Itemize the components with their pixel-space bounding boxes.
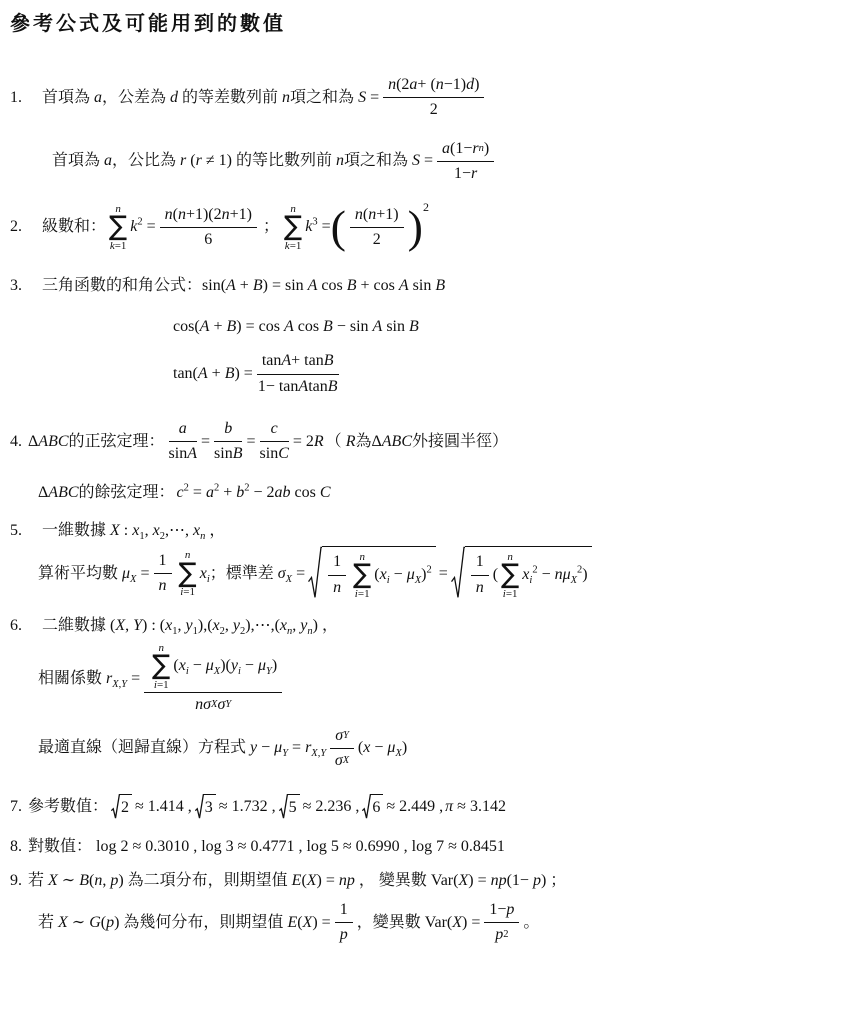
fraction: tan A + tan B 1− tan A tan B [257, 350, 339, 398]
square-root: 1 n ( n ∑ i=1 xi2 − nμX2) [451, 546, 592, 601]
item-number: 6. [10, 615, 42, 637]
summation: n ∑ i=1 [501, 551, 519, 601]
summation-lower-limit: i=1 [355, 588, 370, 601]
fraction-denominator: n [328, 576, 346, 599]
fraction-denominator: p2 [484, 923, 519, 946]
radical-sign-icon [111, 794, 120, 820]
fraction: n ∑ i=1 (xi − μX)(yi − μY) nσXσY [144, 642, 282, 717]
square-root: 1 n n ∑ i=1 (xi − μX)2 [308, 546, 436, 601]
math-text: 首項為 a，公差為 d 的等差數列前 n項之和為 S = [42, 87, 379, 109]
fraction-numerator: 1 [335, 899, 353, 923]
formula-item-9-line-2: 若 X ∼ G(p) 為幾何分布，則期望值 E(X) = 1 p ，變異數 Va… [10, 897, 848, 949]
fraction: b sin B [214, 418, 242, 466]
math-text: tan(A + B) = [173, 363, 253, 385]
formula-item-3-line-2: cos(A + B) = cos A cos B − sin A sin B [10, 316, 848, 338]
fraction-numerator: n ∑ i=1 (xi − μX)(yi − μY) [144, 642, 282, 694]
fraction: 1 p [335, 899, 353, 947]
math-text: ≈ 1.732 , [219, 796, 276, 818]
formula-item-6-line-1: 6. 二維數據 (X, Y) : (x1, y1),(x2, y2),⋯,(xn… [10, 615, 848, 637]
formula-item-2: 2. 級數和： n ∑ k=1 k2 = n(n +1)(2n +1) 6 ； … [10, 202, 848, 254]
fraction: c sin C [260, 418, 289, 466]
math-text: xi [200, 563, 210, 585]
formula-item-1-line-2: 首項為 a，公比為 r (r ≠ 1) 的等比數列前 n項之和為 S = a(1… [10, 136, 848, 188]
item-number: 5. [10, 520, 42, 542]
fraction-denominator: 1− r [437, 162, 494, 185]
math-text: 首項為 a，公比為 r (r ≠ 1) 的等比數列前 n項之和為 S = [52, 150, 433, 172]
fraction-denominator: n [154, 574, 172, 597]
fraction: 1 n [154, 550, 172, 598]
math-text: 最適直線（迴歸直線）方程式 y − μY = rX,Y [38, 737, 326, 759]
item-label: ΔABC的正弦定理： [28, 431, 165, 453]
math-text: ( [493, 564, 498, 586]
fraction: a sin A [169, 418, 197, 466]
radical-sign-icon [279, 794, 288, 820]
math-text: sin(A + B) = sin A cos B + cos A sin B [202, 275, 445, 297]
math-text: ≈ 2.449 , [386, 796, 443, 818]
fraction-denominator: nσXσY [144, 693, 282, 716]
formula-item-3-line-3: tan(A + B) = tan A + tan B 1− tan A tan … [10, 348, 848, 400]
math-text: 相關係數 rX,Y = [38, 668, 140, 690]
sigma-symbol: ∑ [109, 215, 127, 239]
fraction-denominator: sin A [169, 442, 197, 465]
math-text: ≈ 2.236 , [303, 796, 360, 818]
fraction: 1− p p2 [484, 899, 519, 947]
radicand: 3 [204, 794, 216, 820]
radical-sign-icon [451, 546, 465, 601]
math-text: = [201, 431, 210, 453]
formula-item-6-line-3: 最適直線（迴歸直線）方程式 y − μY = rX,Y σY σX (x − μ… [10, 723, 848, 775]
exponent: 2 [423, 199, 429, 216]
fraction-numerator: σY [330, 725, 354, 749]
summation: n ∑ i=1 [179, 549, 197, 599]
fraction-numerator: n(n +1) [350, 204, 404, 228]
item-number: 9. [10, 870, 28, 892]
summation-lower-limit: i=1 [503, 588, 518, 601]
fraction: n(n +1)(2n +1) 6 [160, 204, 257, 252]
summation-lower-limit: i=1 [154, 679, 169, 692]
summation: n ∑ k=1 [284, 203, 302, 253]
item-number: 7. [10, 796, 28, 818]
radical-sign-icon [195, 794, 204, 820]
square-root: 2 [111, 794, 132, 820]
radical-sign-icon [308, 546, 322, 601]
radicand: 5 [288, 794, 300, 820]
math-text: ，變異數 Var(X) = [357, 912, 481, 934]
summation: n ∑ i=1 [353, 551, 371, 601]
fraction: n(n +1) 2 [350, 204, 404, 252]
math-text: 一維數據 X : x1, x2,⋯, xn ， [42, 520, 225, 542]
math-text: = [439, 563, 448, 585]
annotation-text: （ R為ΔABC外接圓半徑） [326, 431, 508, 453]
radicand: 2 [120, 794, 132, 820]
summation-lower-limit: k=1 [285, 240, 302, 253]
summation-lower-limit: k=1 [110, 240, 127, 253]
formula-item-5-line-1: 5. 一維數據 X : x1, x2,⋯, xn ， [10, 520, 848, 542]
math-text: xi2 − nμX2) [522, 564, 587, 586]
fraction: 1 n [471, 551, 489, 599]
math-text: = [246, 431, 255, 453]
fraction: σY σX [330, 725, 354, 773]
math-text: (xi − μX)(yi − μY) [173, 655, 277, 677]
formula-item-3-line-1: 3. 三角函數的和角公式： sin(A + B) = sin A cos B +… [10, 275, 848, 297]
item-label: ΔABC的餘弦定理： [38, 482, 175, 504]
fraction-numerator: a [169, 418, 197, 442]
formula-item-5-line-2: 算術平均數 μX = 1 n n ∑ i=1 xi ；標準差 σX = 1 n … [10, 546, 848, 601]
math-text: (xi − μX)2 [374, 564, 431, 586]
fraction-numerator: tan A + tan B [257, 350, 339, 374]
fraction-numerator: b [214, 418, 242, 442]
fraction-denominator: sin C [260, 442, 289, 465]
sigma-symbol: ∑ [501, 563, 519, 587]
fraction-denominator: 2 [350, 228, 404, 251]
item-label: 參考數值： [28, 796, 108, 818]
item-label: 級數和： [42, 216, 106, 238]
math-text: 二維數據 (X, Y) : (x1, y1),(x2, y2),⋯,(xn, y… [42, 615, 338, 637]
formula-sheet: 參考公式及可能用到的數值 1. 首項為 a，公差為 d 的等差數列前 n項之和為… [0, 0, 854, 949]
fraction-numerator: 1 [154, 550, 172, 574]
formula-item-6-line-2: 相關係數 rX,Y = n ∑ i=1 (xi − μX)(yi − μY) n… [10, 640, 848, 719]
math-text: ≈ 1.414 , [135, 796, 192, 818]
item-number: 4. [10, 431, 28, 453]
math-text: k2 = [130, 216, 155, 238]
fraction-denominator: n [471, 576, 489, 599]
fraction-denominator: 1− tan A tan B [257, 375, 339, 398]
fraction-numerator: 1− p [484, 899, 519, 923]
radicand: 1 n n ∑ i=1 (xi − μX)2 [322, 546, 436, 601]
fraction: a(1− rn) 1− r [437, 138, 494, 186]
separator: ； [263, 216, 279, 238]
fraction-numerator: n(2a + (n −1)d) [383, 74, 484, 98]
formula-item-8: 8. 對數值： log 2 ≈ 0.3010 , log 3 ≈ 0.4771 … [10, 836, 848, 858]
fraction-denominator: 6 [160, 228, 257, 251]
item-number: 3. [10, 275, 42, 297]
fraction-numerator: 1 [328, 551, 346, 575]
sigma-symbol: ∑ [284, 215, 302, 239]
square-root: 3 [195, 794, 216, 820]
fraction-denominator: sin B [214, 442, 242, 465]
square-root: 6 [362, 794, 383, 820]
fraction-numerator: 1 [471, 551, 489, 575]
item-number: 2. [10, 216, 42, 238]
math-text: 對數值： log 2 ≈ 0.3010 , log 3 ≈ 0.4771 , l… [28, 836, 505, 858]
summation: n ∑ i=1 [152, 642, 170, 692]
summation-lower-limit: i=1 [180, 586, 195, 599]
math-text: 若 X ∼ B(n, p) 為二項分布，則期望值 E(X) = np ， 變異數… [28, 870, 566, 892]
radical-sign-icon [362, 794, 371, 820]
math-text: ；標準差 σX = [210, 563, 305, 585]
math-text: = 2R [293, 431, 324, 453]
fraction-numerator: n(n +1)(2n +1) [160, 204, 257, 228]
item-number: 1. [10, 87, 42, 109]
sigma-symbol: ∑ [152, 654, 170, 678]
math-text: 若 X ∼ G(p) 為幾何分布，則期望值 E(X) = [38, 912, 331, 934]
fraction-numerator: c [260, 418, 289, 442]
radicand: 1 n ( n ∑ i=1 xi2 − nμX2) [465, 546, 592, 601]
fraction-denominator: σX [330, 749, 354, 772]
formula-item-7: 7. 參考數值： 2 ≈ 1.414 , 3 ≈ 1.732 , 5 ≈ 2.2… [10, 794, 848, 820]
formula-item-1-line-1: 1. 首項為 a，公差為 d 的等差數列前 n項之和為 S = n(2a + (… [10, 72, 848, 124]
math-text: 。 [523, 912, 539, 934]
formula-item-4-line-1: 4. ΔABC的正弦定理： a sin A = b sin B = c sin … [10, 416, 848, 468]
page-title: 參考公式及可能用到的數值 [10, 10, 848, 38]
formula-item-4-line-2: ΔABC的餘弦定理： c2 = a2 + b2 − 2ab cos C [10, 482, 848, 504]
fraction-denominator: 2 [383, 98, 484, 121]
math-text: 算術平均數 μX = [38, 563, 150, 585]
radicand: 6 [371, 794, 383, 820]
math-text: k3 = [305, 216, 330, 238]
math-text: cos(A + B) = cos A cos B − sin A sin B [173, 316, 419, 338]
sigma-symbol: ∑ [353, 563, 371, 587]
square-root: 5 [279, 794, 300, 820]
sigma-symbol: ∑ [179, 562, 197, 586]
formula-item-9-line-1: 9. 若 X ∼ B(n, p) 為二項分布，則期望值 E(X) = np ， … [10, 870, 848, 892]
math-text: c2 = a2 + b2 − 2ab cos C [177, 482, 331, 504]
math-text: π ≈ 3.142 [445, 796, 506, 818]
item-label: 三角函數的和角公式： [42, 275, 202, 297]
fraction: n(2a + (n −1)d) 2 [383, 74, 484, 122]
math-text: (x − μX) [358, 737, 407, 759]
item-number: 8. [10, 836, 28, 858]
fraction-denominator: p [335, 923, 353, 946]
fraction-numerator: a(1− rn) [437, 138, 494, 162]
fraction: 1 n [328, 551, 346, 599]
summation: n ∑ k=1 [109, 203, 127, 253]
